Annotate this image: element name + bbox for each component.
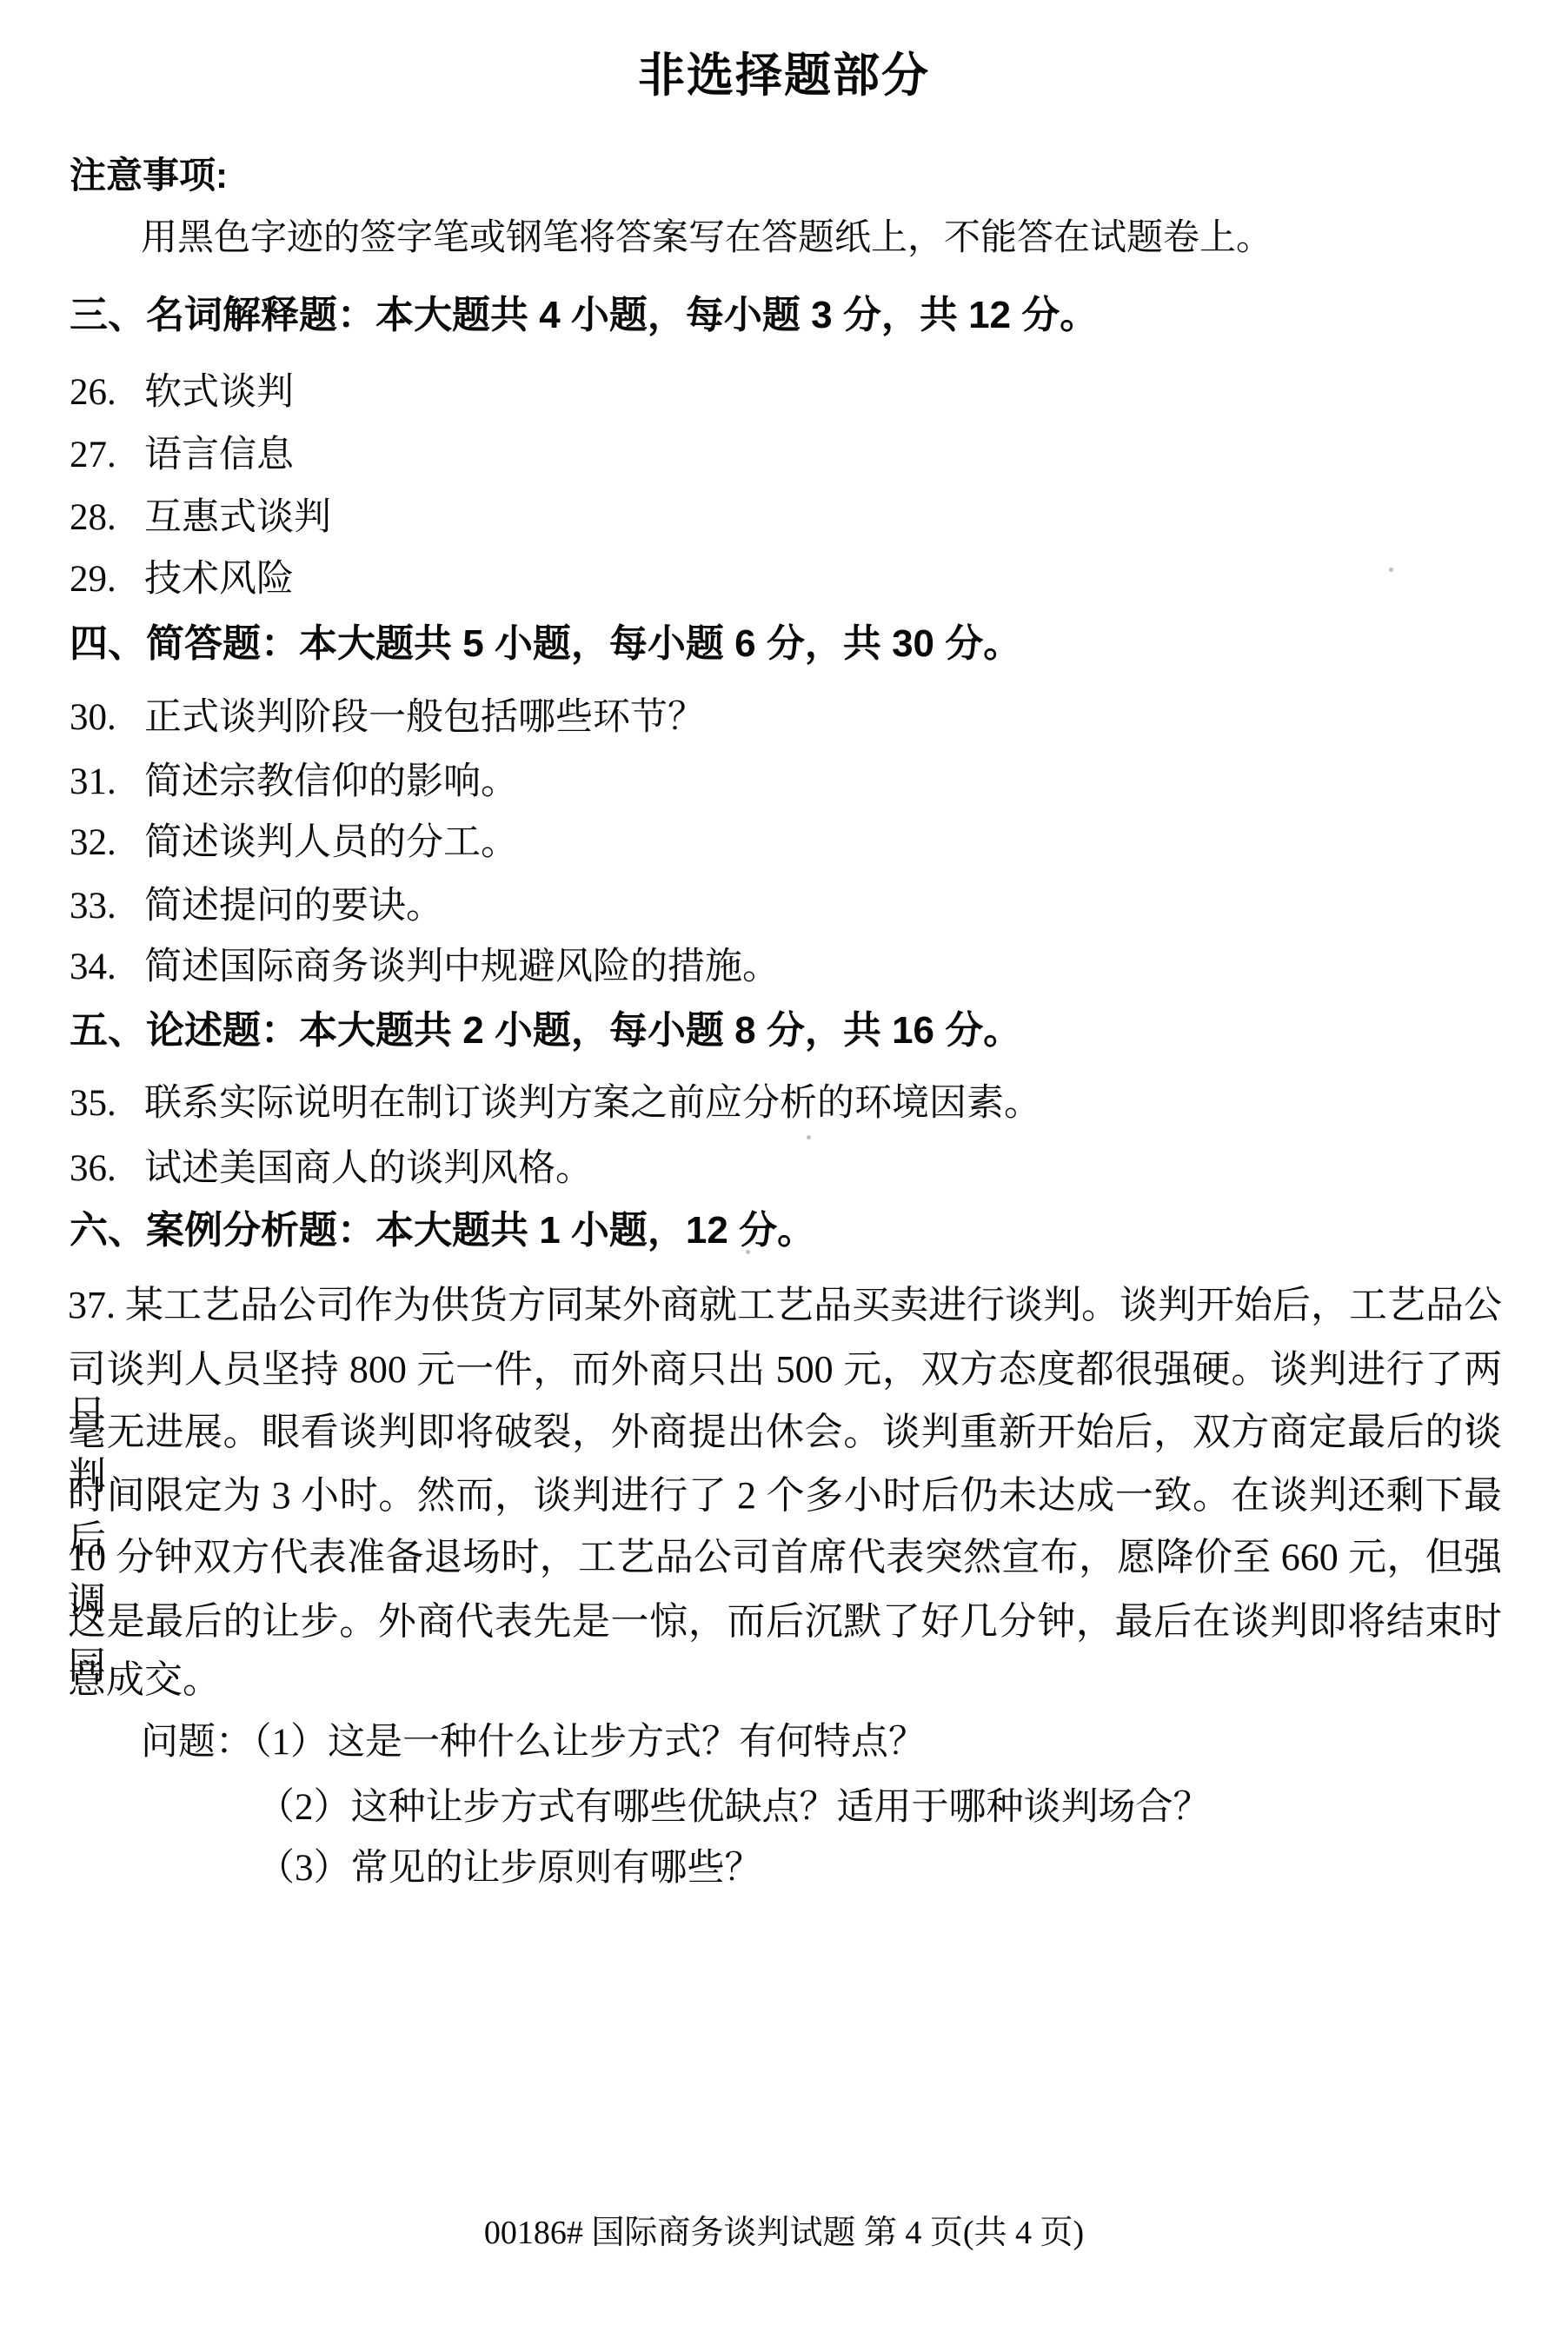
question-30: 30.正式谈判阶段一般包括哪些环节？ (70, 696, 705, 739)
question-text: 简述谈判人员的分工。 (144, 822, 518, 863)
question-number: 29. (70, 558, 144, 601)
question-number: 35. (70, 1082, 144, 1125)
question-26: 26.软式谈判 (70, 371, 294, 414)
question-34: 34.简述国际商务谈判中规避风险的措施。 (70, 946, 780, 988)
question-number: 32. (70, 821, 144, 864)
question-number: 34. (70, 946, 144, 988)
case-study-line-7: 意成交。 (68, 1658, 1502, 1703)
question-text: 软式谈判 (144, 372, 294, 413)
question-text: 简述提问的要诀。 (144, 886, 443, 927)
case-question-3: （3）常见的让步原则有哪些？ (257, 1847, 762, 1890)
scan-speck (746, 1250, 750, 1254)
question-text: 互惠式谈判 (144, 497, 331, 538)
question-32: 32.简述谈判人员的分工。 (70, 821, 518, 864)
question-text: 简述宗教信仰的影响。 (144, 761, 518, 802)
question-number: 27. (70, 434, 144, 476)
question-29: 29.技术风险 (70, 558, 294, 601)
page-title: 非选择题部分 (0, 49, 1568, 103)
question-27: 27.语言信息 (70, 434, 294, 476)
question-28: 28.互惠式谈判 (70, 496, 331, 539)
scan-speck (807, 1135, 811, 1139)
question-number: 31. (70, 761, 144, 803)
section-heading-essay: 五、论述题：本大题共 2 小题，每小题 8 分，共 16 分。 (70, 1009, 1021, 1053)
section-heading-short-answer: 四、简答题：本大题共 5 小题，每小题 6 分，共 30 分。 (70, 622, 1021, 667)
question-text: 技术风险 (144, 559, 294, 600)
case-study-line-1: 37. 某工艺品公司作为供货方同某外商就工艺品买卖进行谈判。谈判开始后，工艺品公 (68, 1284, 1502, 1328)
section-heading-case-analysis: 六、案例分析题：本大题共 1 小题，12 分。 (70, 1209, 815, 1253)
section-heading-terms: 三、名词解释题：本大题共 4 小题，每小题 3 分，共 12 分。 (70, 294, 1098, 338)
question-number: 30. (70, 696, 144, 739)
notice-label: 注意事项: (70, 155, 228, 196)
question-36: 36.试述美国商人的谈判风格。 (70, 1147, 593, 1190)
question-35: 35.联系实际说明在制订谈判方案之前应分析的环境因素。 (70, 1082, 1041, 1125)
question-text: 正式谈判阶段一般包括哪些环节？ (144, 697, 705, 738)
page-footer: 00186# 国际商务谈判试题 第 4 页(共 4 页) (0, 2215, 1568, 2253)
notice-text: 用黑色字迹的签字笔或钢笔将答案写在答题纸上，不能答在试题卷上。 (141, 217, 1272, 259)
question-31: 31.简述宗教信仰的影响。 (70, 761, 518, 803)
question-text: 语言信息 (144, 435, 294, 475)
exam-page: 非选择题部分 注意事项: 用黑色字迹的签字笔或钢笔将答案写在答题纸上，不能答在试… (0, 0, 1568, 2332)
question-33: 33.简述提问的要诀。 (70, 885, 443, 927)
question-text: 简述国际商务谈判中规避风险的措施。 (144, 947, 780, 987)
question-number: 26. (70, 371, 144, 414)
scan-speck (1389, 568, 1393, 572)
question-number: 36. (70, 1147, 144, 1190)
question-text: 试述美国商人的谈判风格。 (144, 1148, 593, 1189)
case-question-2: （2）这种让步方式有哪些优缺点？适用于哪种谈判场合？ (257, 1786, 1211, 1829)
question-number: 33. (70, 885, 144, 927)
question-number: 28. (70, 496, 144, 539)
question-text: 联系实际说明在制订谈判方案之前应分析的环境因素。 (144, 1083, 1041, 1124)
case-question-1: 问题：（1）这是一种什么让步方式？有何特点？ (141, 1721, 926, 1764)
